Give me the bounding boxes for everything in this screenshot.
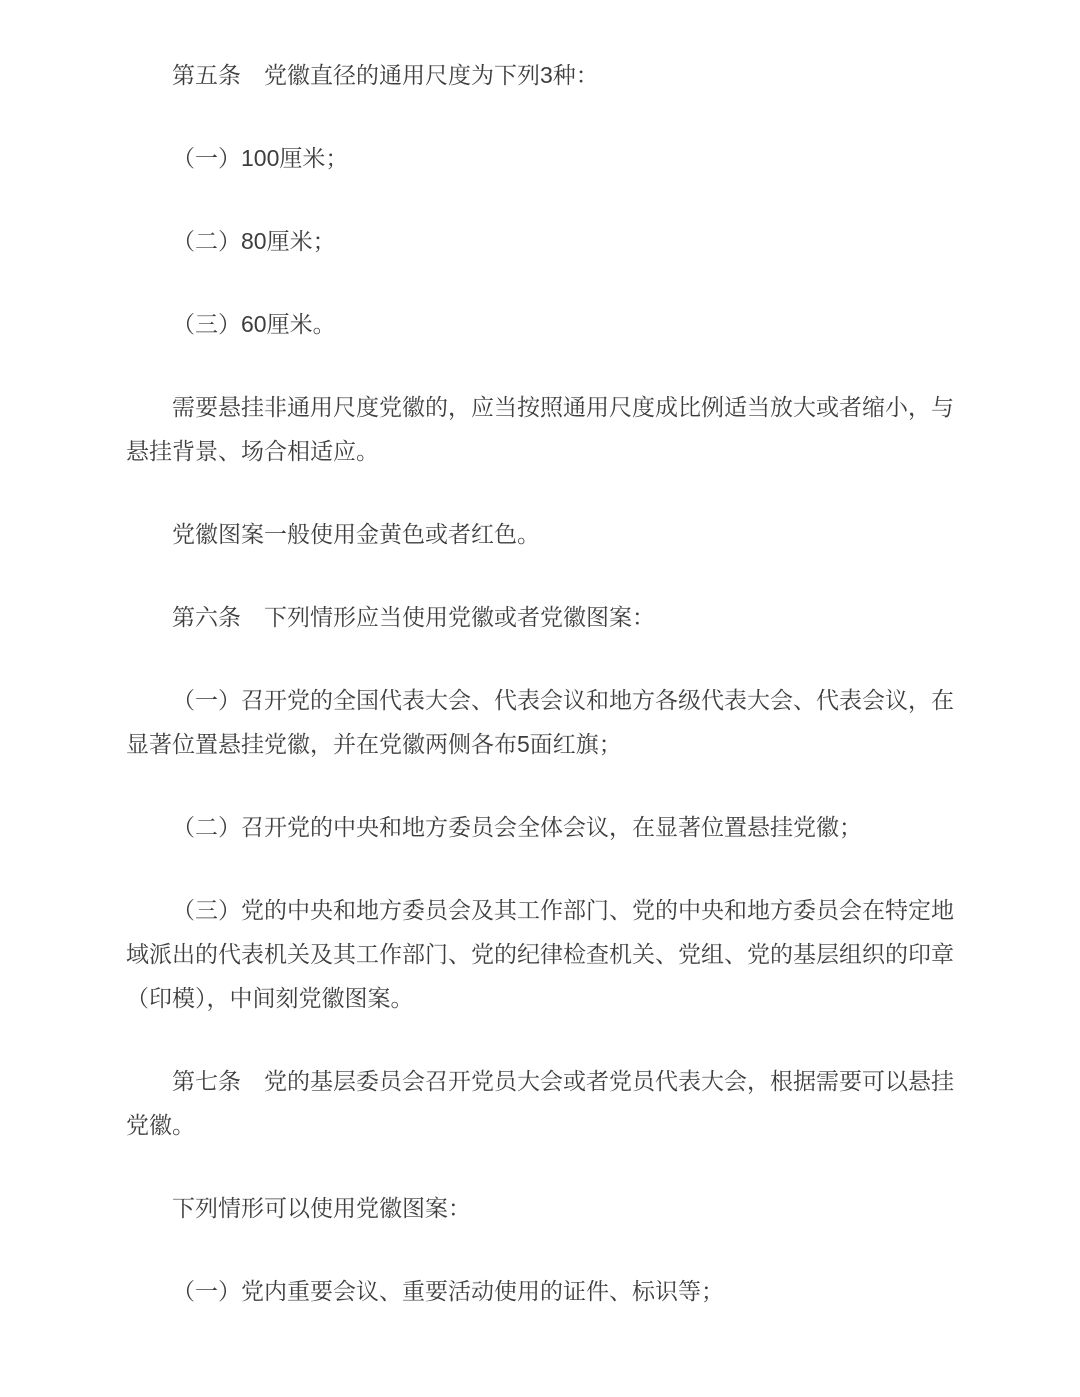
paragraph-nonstandard-size-rule: 需要悬挂非通用尺度党徽的，应当按照通用尺度成比例适当放大或者缩小，与悬挂背景、场… (126, 385, 954, 473)
paragraph-article-6-item-3: （三）党的中央和地方委员会及其工作部门、党的中央和地方委员会在特定地域派出的代表… (126, 888, 954, 1020)
paragraph-usage-intro: 下列情形可以使用党徽图案： (126, 1186, 954, 1230)
paragraph-article-5-heading: 第五条 党徽直径的通用尺度为下列3种： (126, 53, 954, 97)
paragraph-article-6-item-2: （二）召开党的中央和地方委员会全体会议，在显著位置悬挂党徽； (126, 805, 954, 849)
paragraph-item-1-size-100: （一）100厘米； (126, 136, 954, 180)
paragraph-usage-item-1: （一）党内重要会议、重要活动使用的证件、标识等； (126, 1269, 954, 1313)
paragraph-emblem-color-rule: 党徽图案一般使用金黄色或者红色。 (126, 512, 954, 556)
paragraph-article-6-item-1: （一）召开党的全国代表大会、代表会议和地方各级代表大会、代表会议，在显著位置悬挂… (126, 678, 954, 766)
paragraph-item-3-size-60: （三）60厘米。 (126, 302, 954, 346)
document-page: 第五条 党徽直径的通用尺度为下列3种： （一）100厘米； （二）80厘米； （… (126, 0, 954, 1373)
paragraph-article-7: 第七条 党的基层委员会召开党员大会或者党员代表大会，根据需要可以悬挂党徽。 (126, 1059, 954, 1147)
paragraph-item-2-size-80: （二）80厘米； (126, 219, 954, 263)
paragraph-article-6-heading: 第六条 下列情形应当使用党徽或者党徽图案： (126, 595, 954, 639)
